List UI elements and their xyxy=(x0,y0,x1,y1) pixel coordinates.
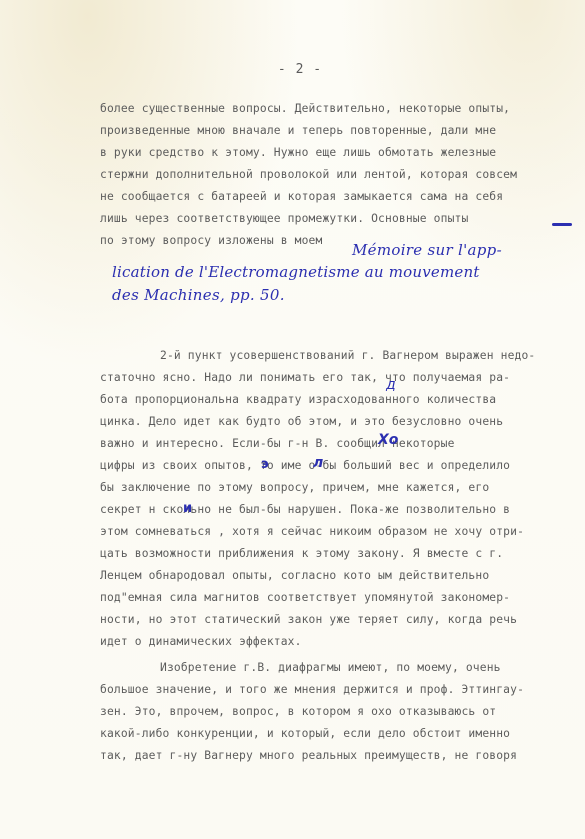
text-line: по этому вопросу изложены в моем xyxy=(100,234,322,248)
text-line: ности, но этот статический закон уже тер… xyxy=(100,613,517,627)
text-line: под"емная сила магнитов соответствует уп… xyxy=(100,591,510,605)
handwritten-annotation: des Machines, pp. 50. xyxy=(112,286,285,304)
document-page: - 2 - более существенные вопросы. Действ… xyxy=(0,0,585,839)
text-line: более существенные вопросы. Действительн… xyxy=(100,102,510,116)
paragraph-start-line: Изобретение г.В. диафрагмы имеют, по мое… xyxy=(160,661,501,675)
text-line: бы заключение по этому вопросу, причем, … xyxy=(100,481,489,495)
text-line: зен. Это, впрочем, вопрос, в котором я о… xyxy=(100,705,496,719)
handwritten-annotation: lication de l'Electromagnetisme au mouve… xyxy=(112,263,480,281)
handwritten-correction: л xyxy=(313,455,323,471)
text-line: секрет н скольно не был-бы нарушен. Пока… xyxy=(100,503,510,517)
text-line: важно и интересно. Если-бы г-н В. сообщи… xyxy=(100,437,455,451)
text-line: стержни дополнительной проволокой или ле… xyxy=(100,168,517,182)
text-line: в руки средство к этому. Нужно еще лишь … xyxy=(100,146,496,160)
page-number: - 2 - xyxy=(270,62,330,77)
handwritten-correction: Хо xyxy=(378,432,398,448)
handwritten-correction: д xyxy=(386,377,396,393)
text-line: цинка. Дело идет как будто об этом, и эт… xyxy=(100,415,503,429)
handwritten-annotation: Mémoire sur l'app- xyxy=(352,241,502,259)
handwritten-strike-mark xyxy=(552,223,572,226)
text-line: статочно ясно. Надо ли понимать его так,… xyxy=(100,371,510,385)
text-line: большое значение, и того же мнения держи… xyxy=(100,683,524,697)
text-line: не сообщается с батареей и которая замык… xyxy=(100,190,503,204)
text-line: Ленцем обнародовал опыты, согласно кото … xyxy=(100,569,489,583)
handwritten-correction: э xyxy=(261,457,269,472)
text-line: лишь через соответствующее промежутки. О… xyxy=(100,212,468,226)
text-line: какой-либо конкуренции, и который, если … xyxy=(100,727,510,741)
text-line: этом сомневаться , хотя я сейчас никоим … xyxy=(100,525,524,539)
text-line: произведенные мною вначале и теперь повт… xyxy=(100,124,496,138)
text-line: цифры из своих опытов, то име о-бы больш… xyxy=(100,459,510,473)
text-line: цать возможности приближения к этому зак… xyxy=(100,547,503,561)
text-line: бота пропорциональна квадрату израсходов… xyxy=(100,393,496,407)
handwritten-correction: и xyxy=(183,501,192,516)
text-line: так, дает г-ну Вагнеру много реальных пр… xyxy=(100,749,517,763)
text-line: идет о динамических эффектах. xyxy=(100,635,302,649)
paragraph-start-line: 2-й пункт усовершенствований г. Вагнером… xyxy=(160,349,535,363)
